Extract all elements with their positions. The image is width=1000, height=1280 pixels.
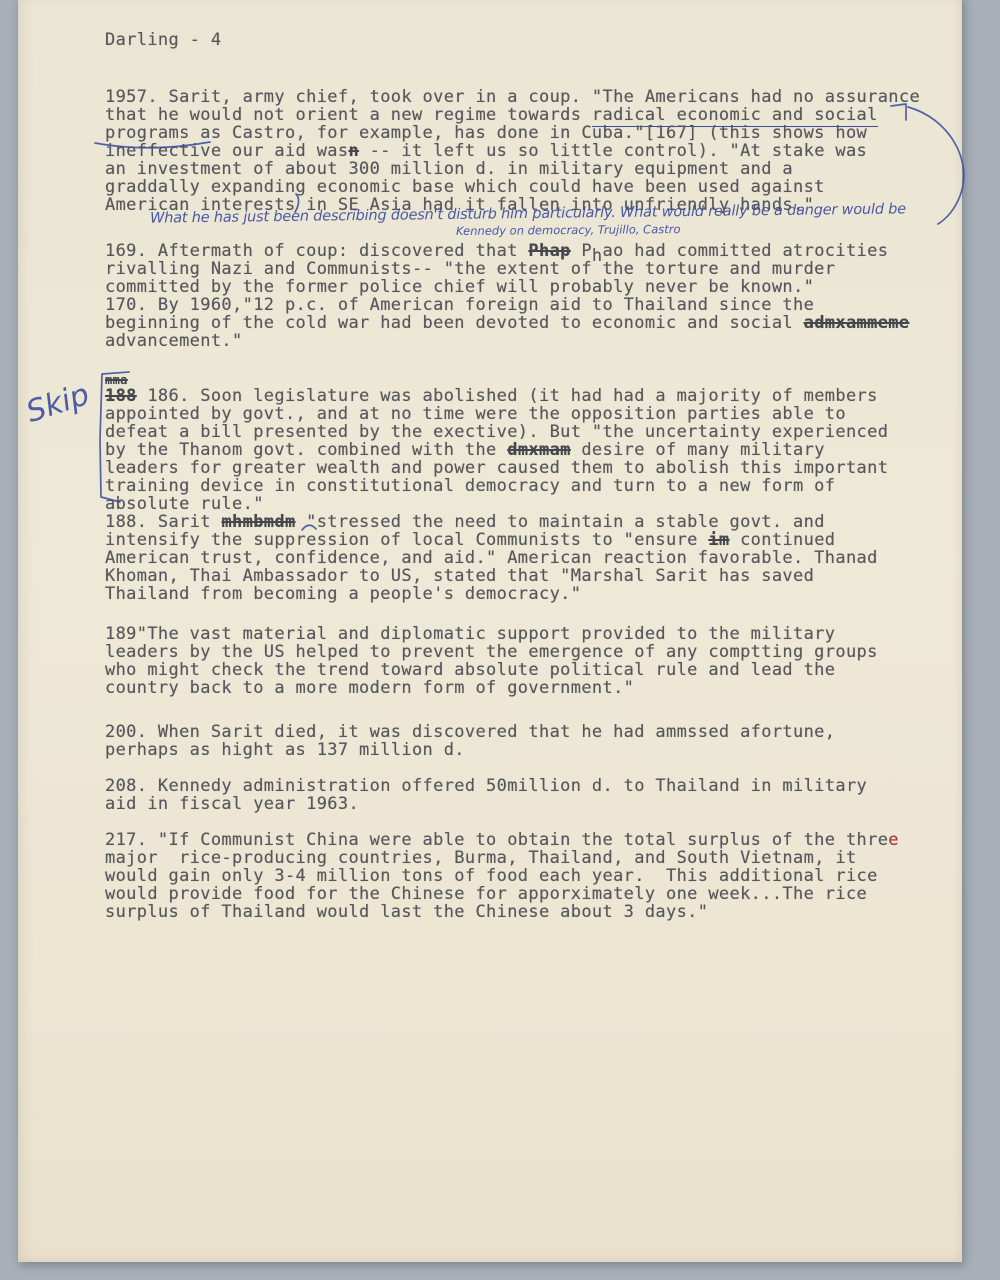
typed-line: perhaps as hight as 137 million d.	[105, 741, 975, 759]
typed-line: training device in constitutional democr…	[105, 477, 975, 495]
typed-line: surplus of Thailand would last the Chine…	[105, 903, 975, 921]
typed-line: American trust, confidence, and aid." Am…	[105, 549, 975, 567]
paragraph-208: 208. Kennedy administration offered 50mi…	[105, 777, 975, 813]
typed-line: major rice-producing countries, Burma, T…	[105, 849, 975, 867]
paragraph-1957: 1957. Sarit, army chief, took over in a …	[105, 88, 975, 214]
typed-line: 169. Aftermath of coup: discovered that …	[105, 242, 975, 260]
typed-line: 1957. Sarit, army chief, took over in a …	[105, 88, 975, 106]
typed-line: 208. Kennedy administration offered 50mi…	[105, 777, 975, 795]
typed-line: would provide food for the Chinese for a…	[105, 885, 975, 903]
paragraph-186: mma188 186. Soon legislature was abolish…	[105, 374, 975, 513]
typed-line: 170. By 1960,"12 p.c. of American foreig…	[105, 296, 975, 314]
typed-line: country back to a more modern form of go…	[105, 679, 975, 697]
typed-line: defeat a bill presented by the exective)…	[105, 423, 975, 441]
typed-line: leaders for greater wealth and power cau…	[105, 459, 975, 477]
handwriting-kennedy-note: Kennedy on democracy, Trujillo, Castro	[456, 222, 681, 238]
paragraph-169: 169. Aftermath of coup: discovered that …	[105, 242, 975, 296]
typed-line: graddally expanding economic base which …	[105, 178, 975, 196]
typed-line: by the Thanom govt. combined with the dm…	[105, 441, 975, 459]
typed-line: leaders by the US helped to prevent the …	[105, 643, 975, 661]
typed-line: 189"The vast material and diplomatic sup…	[105, 625, 975, 643]
typed-line: advancement."	[105, 332, 975, 350]
typed-line: 200. When Sarit died, it was discovered …	[105, 723, 975, 741]
paragraph-188: 188. Sarit mhmbmdm "stressed the need to…	[105, 513, 975, 603]
typed-line: 188 186. Soon legislature was abolished …	[105, 387, 975, 405]
typed-line: aid in fiscal year 1963.	[105, 795, 975, 813]
typed-line: Thailand from becoming a people's democr…	[105, 585, 975, 603]
typed-line: ineffective our aid wasn -- it left us s…	[105, 142, 975, 160]
paragraph-170: 170. By 1960,"12 p.c. of American foreig…	[105, 296, 975, 350]
typed-line: 217. "If Communist China were able to ob…	[105, 831, 975, 849]
typed-line: 188. Sarit mhmbmdm "stressed the need to…	[105, 513, 975, 531]
typed-line: appointed by govt., and at no time were …	[105, 405, 975, 423]
paragraph-217: 217. "If Communist China were able to ob…	[105, 831, 975, 921]
typed-line: that he would not orient a new regime to…	[105, 106, 975, 124]
paragraph-200: 200. When Sarit died, it was discovered …	[105, 723, 975, 759]
typed-line: beginning of the cold war had been devot…	[105, 314, 975, 332]
typed-line: absolute rule."	[105, 495, 975, 513]
typed-line: would gain only 3-4 million tons of food…	[105, 867, 975, 885]
page-header: Darling - 4	[105, 30, 221, 50]
typed-line: an investment of about 300 million d. in…	[105, 160, 975, 178]
typed-line: who might check the trend toward absolut…	[105, 661, 975, 679]
typed-line: Khoman, Thai Ambassador to US, stated th…	[105, 567, 975, 585]
paragraph-189: 189"The vast material and diplomatic sup…	[105, 625, 975, 697]
typed-line: rivalling Nazi and Communists-- "the ext…	[105, 260, 975, 278]
typed-line: programs as Castro, for example, has don…	[105, 124, 975, 142]
page-background: Darling - 4 1957. Sarit, army chief, too…	[0, 0, 1000, 1280]
typed-line: committed by the former police chief wil…	[105, 278, 975, 296]
typed-line: intensify the suppression of local Commu…	[105, 531, 975, 549]
